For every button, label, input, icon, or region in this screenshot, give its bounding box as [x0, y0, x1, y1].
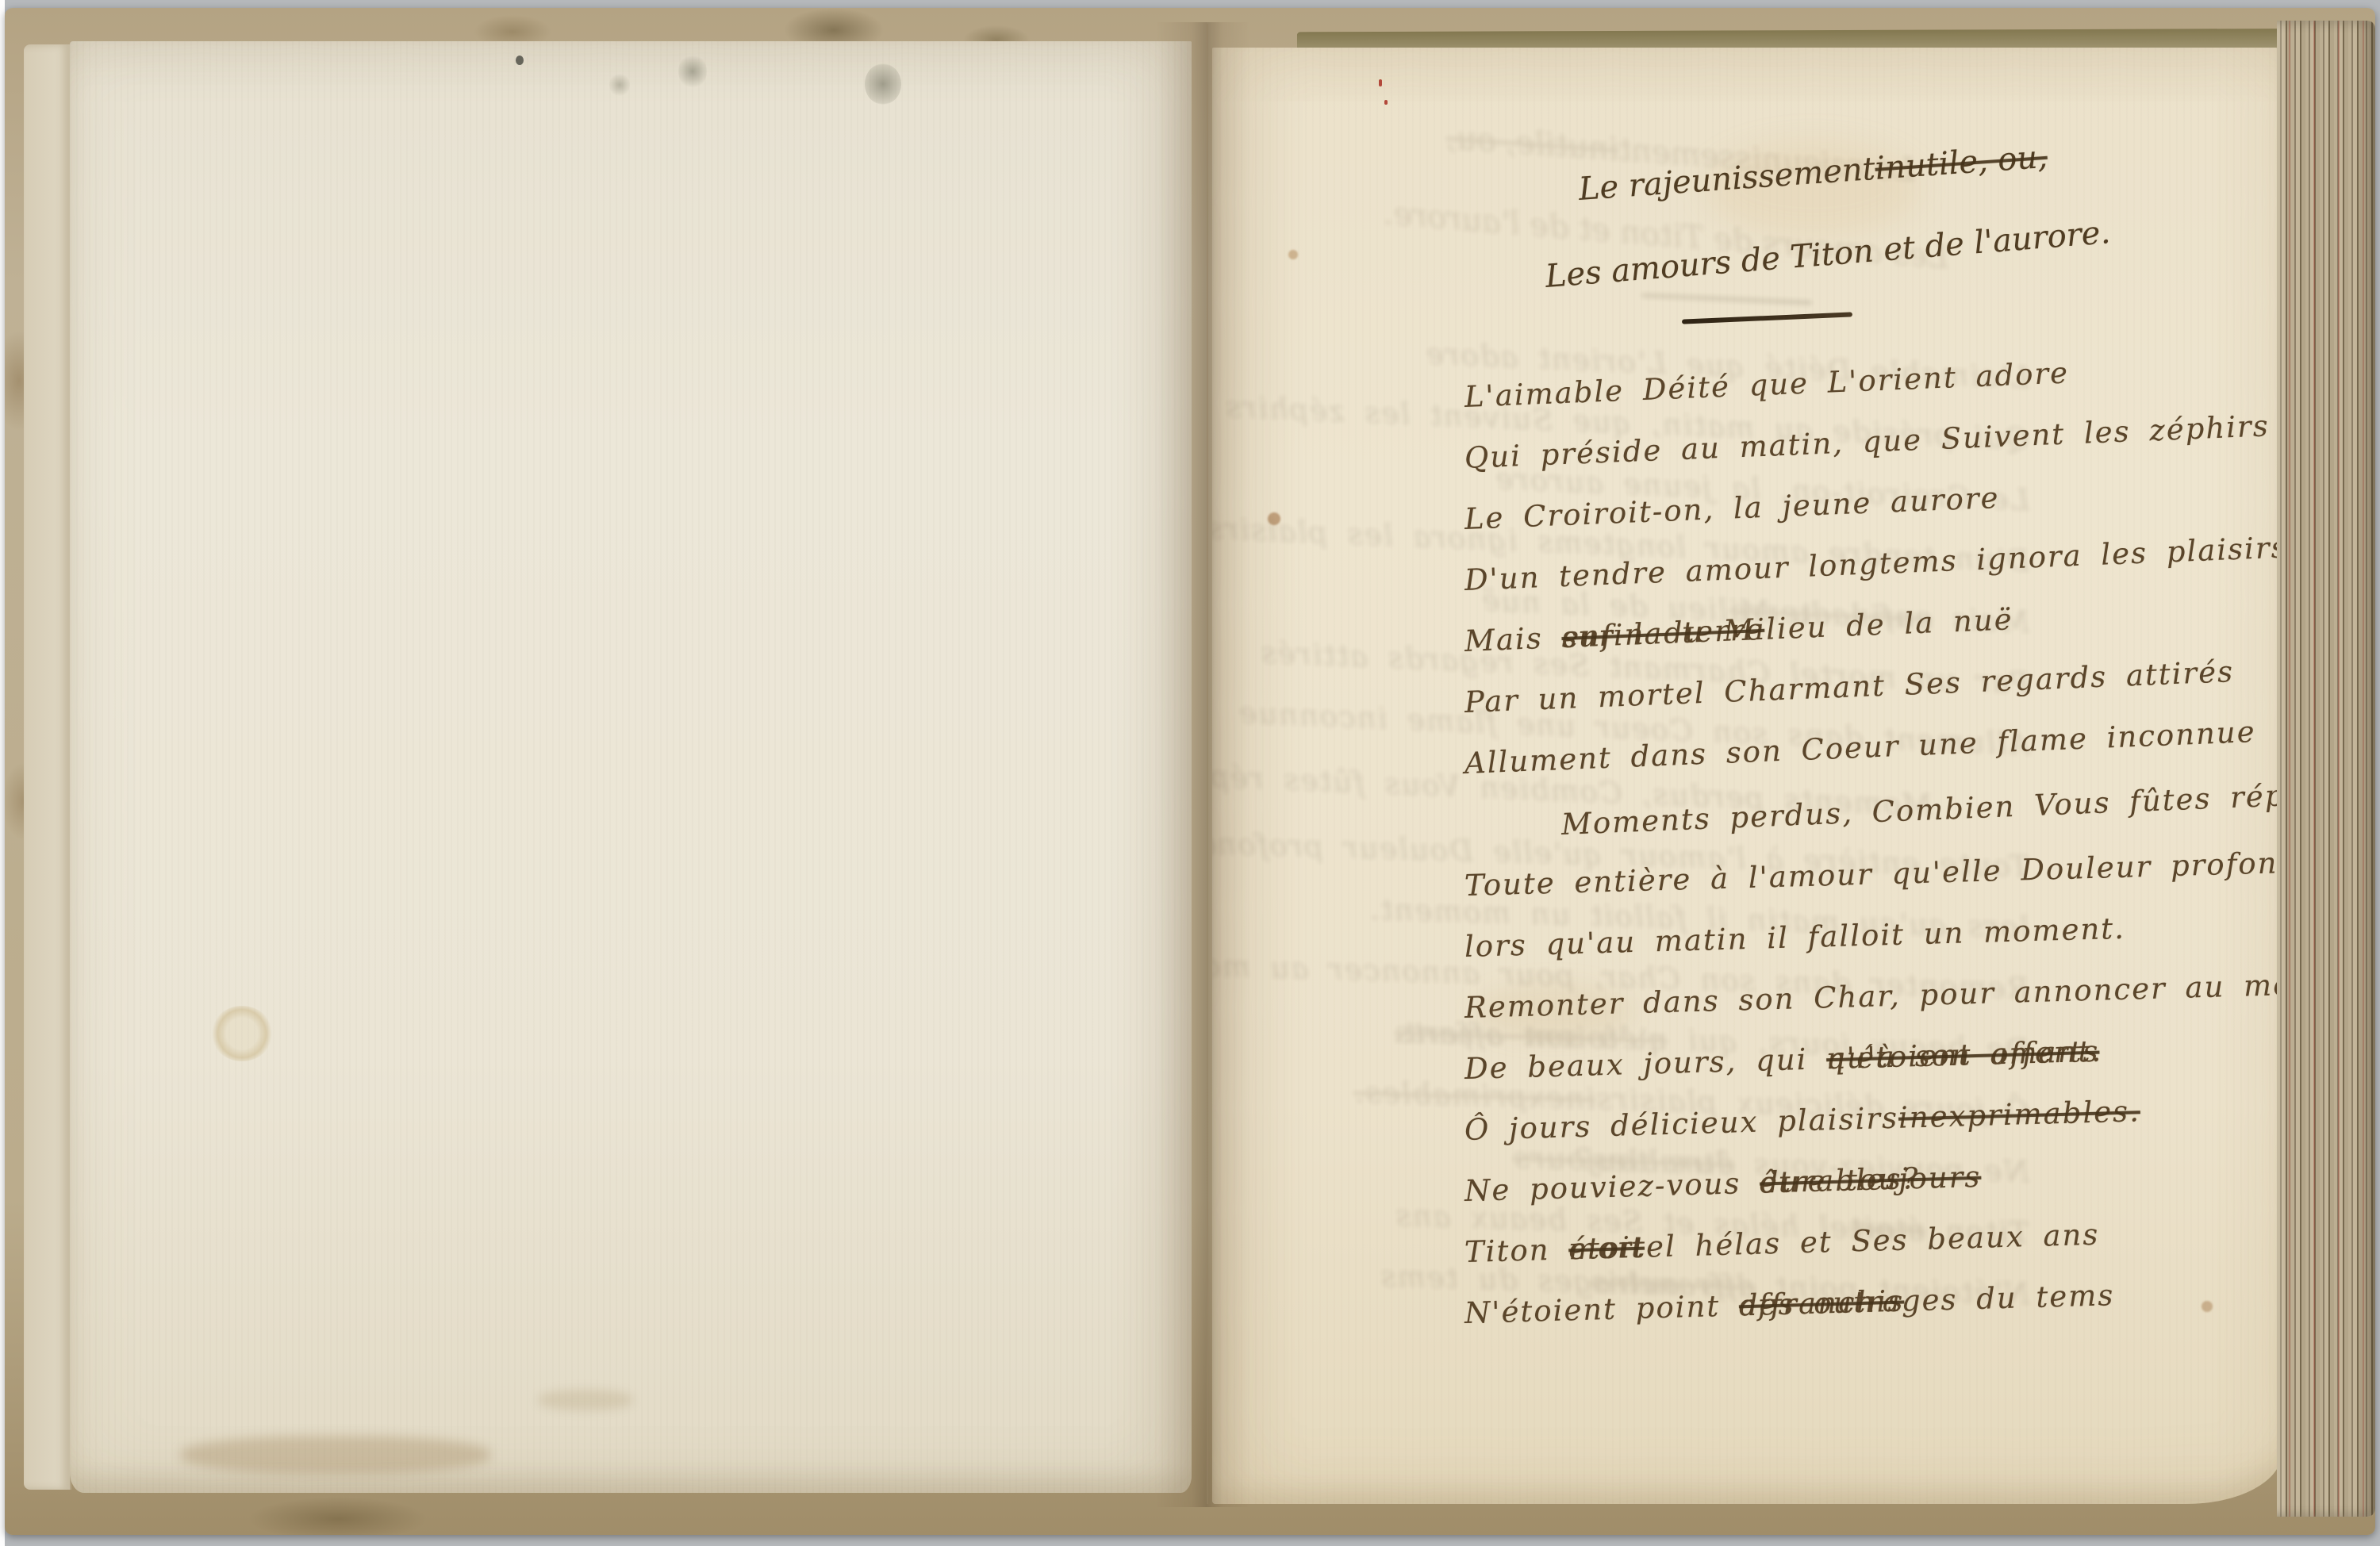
- poem-line: Par un mortel Charmant Ses regards attir…: [1463, 639, 2282, 733]
- cover-stain: [86, 425, 98, 438]
- manuscript-title: Le rajeunissement inutile, ou,: [1617, 125, 1917, 195]
- right-page-manuscript: Le rajeunissement inutile, ou, Les amour…: [1212, 48, 2282, 1504]
- poem-line: D'un tendre amour longtems ignora les pl…: [1212, 498, 2031, 592]
- poem-line: De beaux jours, qui n'étoient offerts qu…: [1464, 1015, 2282, 1099]
- red-edge-fleck: [1379, 79, 1382, 86]
- poem-line: Moments perdus, Combien Vous fûtes répar…: [1212, 746, 1934, 836]
- poem-line: L'aimable Déité que L'orient adore: [1463, 334, 2282, 428]
- ink-showthrough-layer: Le rajeunissement inutile, ou, Les amour…: [1212, 48, 2282, 1485]
- book-gutter-shadow: [1157, 22, 1249, 1507]
- struck-word: inutile, ou,: [1445, 113, 1620, 175]
- poem-line: Remonter dans son Char, pour annoncer au…: [1464, 954, 2282, 1038]
- poem-line: Ô jours délicieux plaisirs inexprimables…: [1212, 1057, 2030, 1141]
- struck-word: inexprimables.: [1898, 1080, 2141, 1148]
- poem-line: lors qu'au matin il falloit un moment.: [1464, 893, 2282, 977]
- red-edge-fleck: [1384, 100, 1388, 105]
- paper-discoloration: [1474, 984, 1633, 1039]
- manuscript-subtitle: Les amours de Titon et de l'aurore.: [1544, 208, 2113, 301]
- foxing-spot: [2201, 1301, 2213, 1312]
- poem-line: N'étoient point affranchis des outrages …: [1464, 1260, 2282, 1344]
- poem-line: Par un mortel Charmant Ses regards attir…: [1212, 620, 2031, 714]
- poem-lines: L'aimable Déité que L'orient adoreQui pr…: [1212, 347, 2029, 1325]
- page-stack-fore-edge: [2277, 21, 2375, 1517]
- book-cover: [5, 8, 2375, 1535]
- poem-line: Toute entière à l'amour qu'elle Douleur …: [1212, 813, 2030, 897]
- struck-word: sur la terre: [1560, 599, 1766, 668]
- stain-mark: [181, 1436, 490, 1474]
- pen-divider-stroke: [1641, 293, 1812, 305]
- poem-line: Ne pouviez-vous être toujours durables?: [1212, 1118, 2030, 1203]
- struck-word: inutile, ou,: [1873, 132, 2048, 194]
- struck-word: n'étoient offerts: [1394, 1002, 1668, 1071]
- manuscript-text-layer: Le rajeunissement inutile, ou, Les amour…: [1212, 48, 2282, 1504]
- poem-line: Ô jours délicieux plaisirs inexprimables…: [1464, 1076, 2282, 1160]
- struck-word: n'étoient offerts: [1825, 1021, 2100, 1090]
- struck-word: être toujours: [1759, 1146, 1982, 1214]
- poem-line: Qui préside au matin, que Suivent les zé…: [1212, 376, 2031, 470]
- binding-seam: [1207, 24, 1208, 1504]
- poem-line: D'un tendre amour longtems ignora les pl…: [1463, 517, 2282, 611]
- poem-line: Remonter dans son Char, pour annoncer au…: [1212, 935, 2030, 1019]
- poem-line: N'étoient point affranchis des outrages …: [1212, 1241, 2030, 1325]
- book-scan: Le rajeunissement inutile, ou, Les amour…: [0, 0, 2380, 1546]
- manuscript-subtitle: Les amours de Titon et de l'aurore.: [1382, 189, 1951, 282]
- struck-word: étoit: [1848, 1198, 1926, 1261]
- struck-word: être toujours: [1512, 1127, 1735, 1195]
- poem-line: Le Croiroit-on, la jeune aurore: [1212, 437, 2031, 531]
- ink-speck: [516, 56, 524, 65]
- stain-mark: [609, 73, 630, 97]
- poem-line: Le Croiroit-on, la jeune aurore: [1463, 456, 2282, 550]
- struck-word: inexprimables.: [1353, 1061, 1596, 1129]
- cover-top-edge-strip: [1297, 29, 2370, 59]
- poem-lines: L'aimable Déité que L'orient adoreQui pr…: [1464, 366, 2282, 1344]
- poem-line: Toute entière à l'amour qu'elle Douleur …: [1464, 832, 2282, 916]
- poem-line: Allument dans son Coeur une flame inconn…: [1212, 681, 2031, 775]
- poem-line: Mais sur la terre enfin du Milieu de la …: [1463, 578, 2282, 672]
- poem-line: Mais sur la terre enfin du Milieu de la …: [1212, 559, 2031, 653]
- struck-word: étoit: [1568, 1217, 1645, 1280]
- struck-word: sur la terre: [1728, 580, 1933, 649]
- left-page-blank: [70, 41, 1192, 1493]
- struck-word: affranchis: [1589, 1252, 1756, 1318]
- poem-line: Allument dans son Coeur une flame inconn…: [1463, 700, 2282, 794]
- ring-stain: [211, 1006, 273, 1061]
- stain-mark: [865, 63, 901, 105]
- struck-word: affranchis: [1738, 1271, 1905, 1337]
- paper-discoloration: [1706, 141, 1920, 236]
- poem-line: Ne pouviez-vous être toujours durables?: [1464, 1137, 2282, 1222]
- manuscript-title: Le rajeunissement inutile, ou,: [1577, 144, 1877, 214]
- poem-line: Qui préside au matin, que Suivent les zé…: [1463, 395, 2282, 489]
- scanner-bed-edge: [0, 0, 5, 1546]
- poem-line: Titon étoit mortel hélas et Ses beaux an…: [1464, 1199, 2282, 1283]
- flyleaf-page-edge: [24, 44, 71, 1490]
- poem-line: L'aimable Déité que L'orient adore: [1212, 315, 2031, 409]
- poem-line: De beaux jours, qui n'étoient offerts qu…: [1212, 996, 2030, 1080]
- poem-line: Titon étoit mortel hélas et Ses beaux an…: [1212, 1180, 2030, 1264]
- cover-stain: [76, 1122, 87, 1134]
- pen-divider-stroke: [1682, 312, 1852, 324]
- cover-stain: [56, 198, 65, 208]
- stain-mark: [678, 54, 707, 89]
- poem-line: lors qu'au matin il falloit un moment.: [1212, 874, 2030, 958]
- poem-line: Moments perdus, Combien Vous fûtes répar…: [1560, 765, 2282, 855]
- foxing-spot: [1268, 512, 1280, 525]
- foxing-spot: [1288, 250, 1298, 259]
- stain-mark: [538, 1390, 633, 1410]
